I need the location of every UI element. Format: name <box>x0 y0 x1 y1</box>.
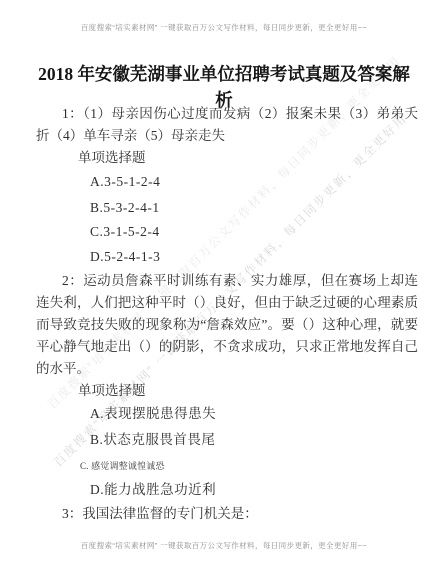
question-1-number: 1： <box>62 106 83 121</box>
question-1-option-b: B.5-3-2-4-1 <box>90 200 160 216</box>
question-3-stem: 3：我国法律监督的专门机关是： <box>36 503 418 525</box>
question-2-text: 运动员詹森平时训练有素、实力雄厚，但在赛场上却连连失利，人们把这种平时（）良好，… <box>36 273 418 376</box>
question-2-option-a: A.表现摆脱患得患失 <box>90 402 216 422</box>
question-3-text: 我国法律监督的专门机关是： <box>82 506 258 521</box>
question-1-option-c: C.3-1-5-2-4 <box>90 224 160 240</box>
footer-promo-note: 百度搜索“培实素材网” 一键获取百万公文写作材料，每日同步更新，更全更好用~~ <box>0 540 448 551</box>
question-2-number: 2： <box>62 273 83 288</box>
question-1-text: （1）母亲因伤心过度而发病（2）报案未果（3）弟弟夭折（4）单车寻亲（5）母亲走… <box>36 106 418 143</box>
document-page: 百度搜索“培实素材网” 一键获取百万公文写作材料，每日同步更新，更全更好用 百度… <box>0 0 448 580</box>
question-1-type-label: 单项选择题 <box>78 146 146 166</box>
question-1-option-d: D.5-2-4-1-3 <box>90 249 160 265</box>
question-2-option-b: B.状态克服畏首畏尾 <box>90 428 215 448</box>
question-1-option-a: A.3-5-1-2-4 <box>90 174 160 190</box>
header-promo-note: 百度搜索“培实素材网” 一键获取百万公文写作材料，每日同步更新，更全更好用~~ <box>0 22 448 33</box>
question-3-number: 3： <box>62 506 82 521</box>
question-2-type-label: 单项选择题 <box>78 379 146 399</box>
question-2-option-d: D.能力战胜急功近利 <box>90 478 216 498</box>
question-1-stem: 1：（1）母亲因伤心过度而发病（2）报案未果（3）弟弟夭折（4）单车寻亲（5）母… <box>36 103 418 146</box>
question-2-option-c: C. 感觉调整诚惶诚恐 <box>80 459 165 472</box>
question-2-stem: 2：运动员詹森平时训练有素、实力雄厚，但在赛场上却连连失利，人们把这种平时（）良… <box>36 270 418 380</box>
